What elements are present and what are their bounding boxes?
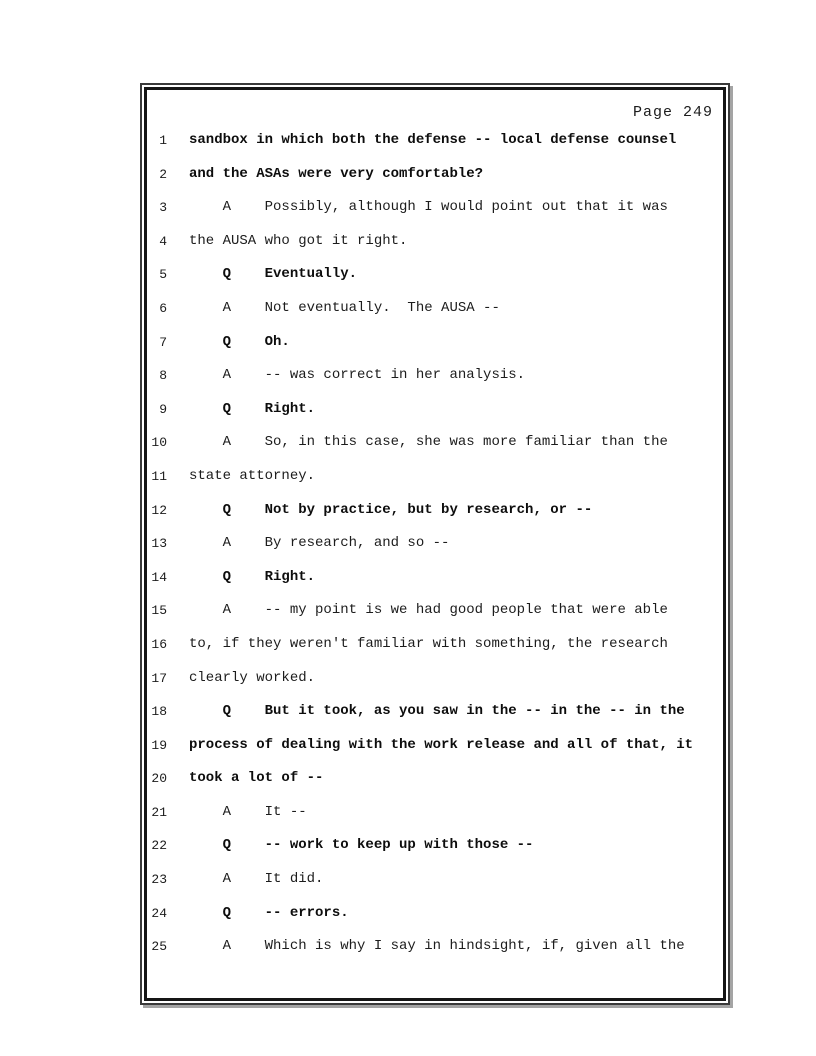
line-text: Q -- errors. [189, 897, 349, 931]
line-number: 12 [147, 494, 167, 528]
line-text: clearly worked. [189, 662, 315, 696]
line-number: 1 [147, 124, 167, 158]
line-text: A Which is why I say in hindsight, if, g… [189, 930, 685, 964]
transcript-line: 21 A It -- [147, 796, 723, 830]
page-border: Page 249 1 sandbox in which both the def… [140, 83, 730, 1005]
transcript-line: 4 the AUSA who got it right. [147, 225, 723, 259]
transcript-line: 23 A It did. [147, 863, 723, 897]
line-number: 9 [147, 393, 167, 427]
line-number: 15 [147, 594, 167, 628]
line-number: 6 [147, 292, 167, 326]
transcript-line: 3 A Possibly, although I would point out… [147, 191, 723, 225]
line-text: A It did. [189, 863, 323, 897]
line-text: Q Not by practice, but by research, or -… [189, 494, 592, 528]
line-number: 7 [147, 326, 167, 360]
transcript-scan: Page 249 1 sandbox in which both the def… [0, 0, 816, 1056]
transcript-line: 8 A -- was correct in her analysis. [147, 359, 723, 393]
transcript-line: 24 Q -- errors. [147, 897, 723, 931]
line-number: 21 [147, 796, 167, 830]
page-number: Page 249 [147, 104, 723, 122]
transcript-line: 14 Q Right. [147, 561, 723, 595]
transcript-line: 10 A So, in this case, she was more fami… [147, 426, 723, 460]
line-number: 24 [147, 897, 167, 931]
line-text: the AUSA who got it right. [189, 225, 407, 259]
line-number: 18 [147, 695, 167, 729]
line-text: to, if they weren't familiar with someth… [189, 628, 668, 662]
line-number: 14 [147, 561, 167, 595]
transcript-line: 11 state attorney. [147, 460, 723, 494]
line-text: A Possibly, although I would point out t… [189, 191, 668, 225]
transcript-line: 17 clearly worked. [147, 662, 723, 696]
line-number: 2 [147, 158, 167, 192]
line-text: took a lot of -- [189, 762, 323, 796]
line-number: 20 [147, 762, 167, 796]
line-number: 11 [147, 460, 167, 494]
line-number: 10 [147, 426, 167, 460]
line-text: Q -- work to keep up with those -- [189, 829, 533, 863]
transcript-line: 16 to, if they weren't familiar with som… [147, 628, 723, 662]
line-number: 17 [147, 662, 167, 696]
line-text: state attorney. [189, 460, 315, 494]
transcript-line: 20 took a lot of -- [147, 762, 723, 796]
line-number: 8 [147, 359, 167, 393]
line-number: 22 [147, 829, 167, 863]
line-text: Q Right. [189, 561, 315, 595]
line-number: 4 [147, 225, 167, 259]
transcript-line: 7 Q Oh. [147, 326, 723, 360]
line-text: sandbox in which both the defense -- loc… [189, 124, 676, 158]
line-text: and the ASAs were very comfortable? [189, 158, 483, 192]
line-text: Q Oh. [189, 326, 290, 360]
line-text: Q Right. [189, 393, 315, 427]
line-text: A It -- [189, 796, 307, 830]
transcript-line: 13 A By research, and so -- [147, 527, 723, 561]
transcript-line: 12 Q Not by practice, but by research, o… [147, 494, 723, 528]
transcript-lines: 1 sandbox in which both the defense -- l… [147, 124, 723, 964]
transcript-line: 22 Q -- work to keep up with those -- [147, 829, 723, 863]
transcript-line: 5 Q Eventually. [147, 258, 723, 292]
line-text: A Not eventually. The AUSA -- [189, 292, 500, 326]
transcript-line: 1 sandbox in which both the defense -- l… [147, 124, 723, 158]
line-number: 19 [147, 729, 167, 763]
line-text: A -- my point is we had good people that… [189, 594, 668, 628]
transcript-line: 19 process of dealing with the work rele… [147, 729, 723, 763]
transcript-line: 15 A -- my point is we had good people t… [147, 594, 723, 628]
line-text: A By research, and so -- [189, 527, 449, 561]
line-number: 23 [147, 863, 167, 897]
line-text: A -- was correct in her analysis. [189, 359, 525, 393]
line-text: Q Eventually. [189, 258, 357, 292]
transcript-line: 6 A Not eventually. The AUSA -- [147, 292, 723, 326]
line-number: 5 [147, 258, 167, 292]
line-number: 3 [147, 191, 167, 225]
line-number: 25 [147, 930, 167, 964]
line-number: 16 [147, 628, 167, 662]
transcript-line: 25 A Which is why I say in hindsight, if… [147, 930, 723, 964]
transcript-line: 2 and the ASAs were very comfortable? [147, 158, 723, 192]
transcript-page: Page 249 1 sandbox in which both the def… [144, 87, 726, 1001]
transcript-line: 9 Q Right. [147, 393, 723, 427]
line-number: 13 [147, 527, 167, 561]
line-text: A So, in this case, she was more familia… [189, 426, 668, 460]
line-text: process of dealing with the work release… [189, 729, 693, 763]
transcript-line: 18 Q But it took, as you saw in the -- i… [147, 695, 723, 729]
line-text: Q But it took, as you saw in the -- in t… [189, 695, 685, 729]
